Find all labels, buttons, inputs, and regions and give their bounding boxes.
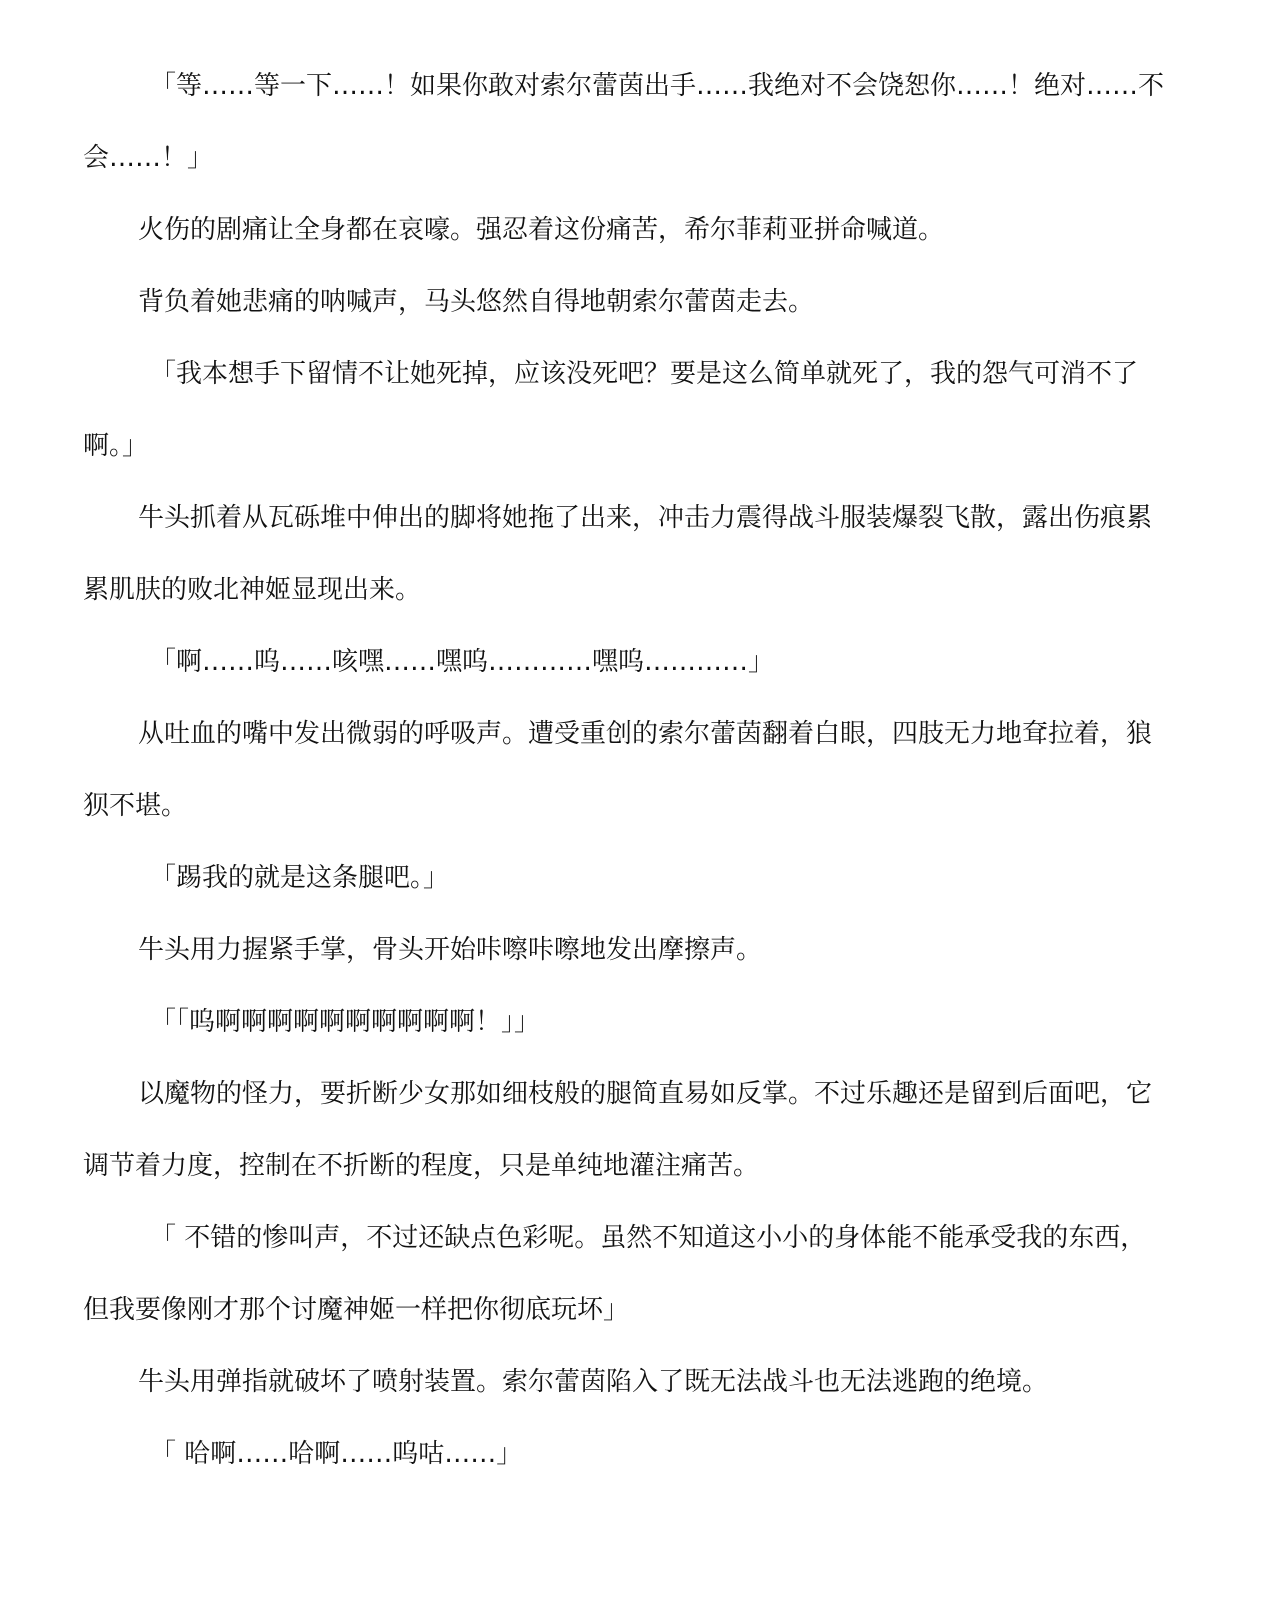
narration-paragraph: 牛头用力握紧手掌，骨头开始咔嚓咔嚓地发出摩擦声。 <box>83 914 1168 986</box>
dialogue-paragraph: 「我本想手下留情不让她死掉，应该没死吧？要是这么简单就死了，我的怨气可消不了啊。… <box>83 338 1168 482</box>
document-page: 「等……等一下……！如果你敢对索尔蕾茵出手……我绝对不会饶恕你……！绝对……不会… <box>83 50 1168 1490</box>
dialogue-paragraph: 「啊……呜……咳嘿……嘿呜…………嘿呜…………」 <box>83 626 1168 698</box>
dialogue-paragraph: 「 不错的惨叫声，不过还缺点色彩呢。虽然不知道这小小的身体能不能承受我的东西，但… <box>83 1202 1168 1346</box>
dialogue-paragraph: 「「呜啊啊啊啊啊啊啊啊啊啊！」」 <box>83 986 1168 1058</box>
narration-paragraph: 牛头用弹指就破坏了喷射装置。索尔蕾茵陷入了既无法战斗也无法逃跑的绝境。 <box>83 1346 1168 1418</box>
dialogue-paragraph: 「 哈啊……哈啊……呜咕……」 <box>83 1418 1168 1490</box>
narration-paragraph: 背负着她悲痛的呐喊声，马头悠然自得地朝索尔蕾茵走去。 <box>83 266 1168 338</box>
narration-paragraph: 牛头抓着从瓦砾堆中伸出的脚将她拖了出来，冲击力震得战斗服装爆裂飞散，露出伤痕累累… <box>83 482 1168 626</box>
dialogue-paragraph: 「等……等一下……！如果你敢对索尔蕾茵出手……我绝对不会饶恕你……！绝对……不会… <box>83 50 1168 194</box>
narration-paragraph: 火伤的剧痛让全身都在哀嚎。强忍着这份痛苦，希尔菲莉亚拼命喊道。 <box>83 194 1168 266</box>
narration-paragraph: 从吐血的嘴中发出微弱的呼吸声。遭受重创的索尔蕾茵翻着白眼，四肢无力地耷拉着，狼狈… <box>83 698 1168 842</box>
dialogue-paragraph: 「踢我的就是这条腿吧。」 <box>83 842 1168 914</box>
narration-paragraph: 以魔物的怪力，要折断少女那如细枝般的腿简直易如反掌。不过乐趣还是留到后面吧，它调… <box>83 1058 1168 1202</box>
